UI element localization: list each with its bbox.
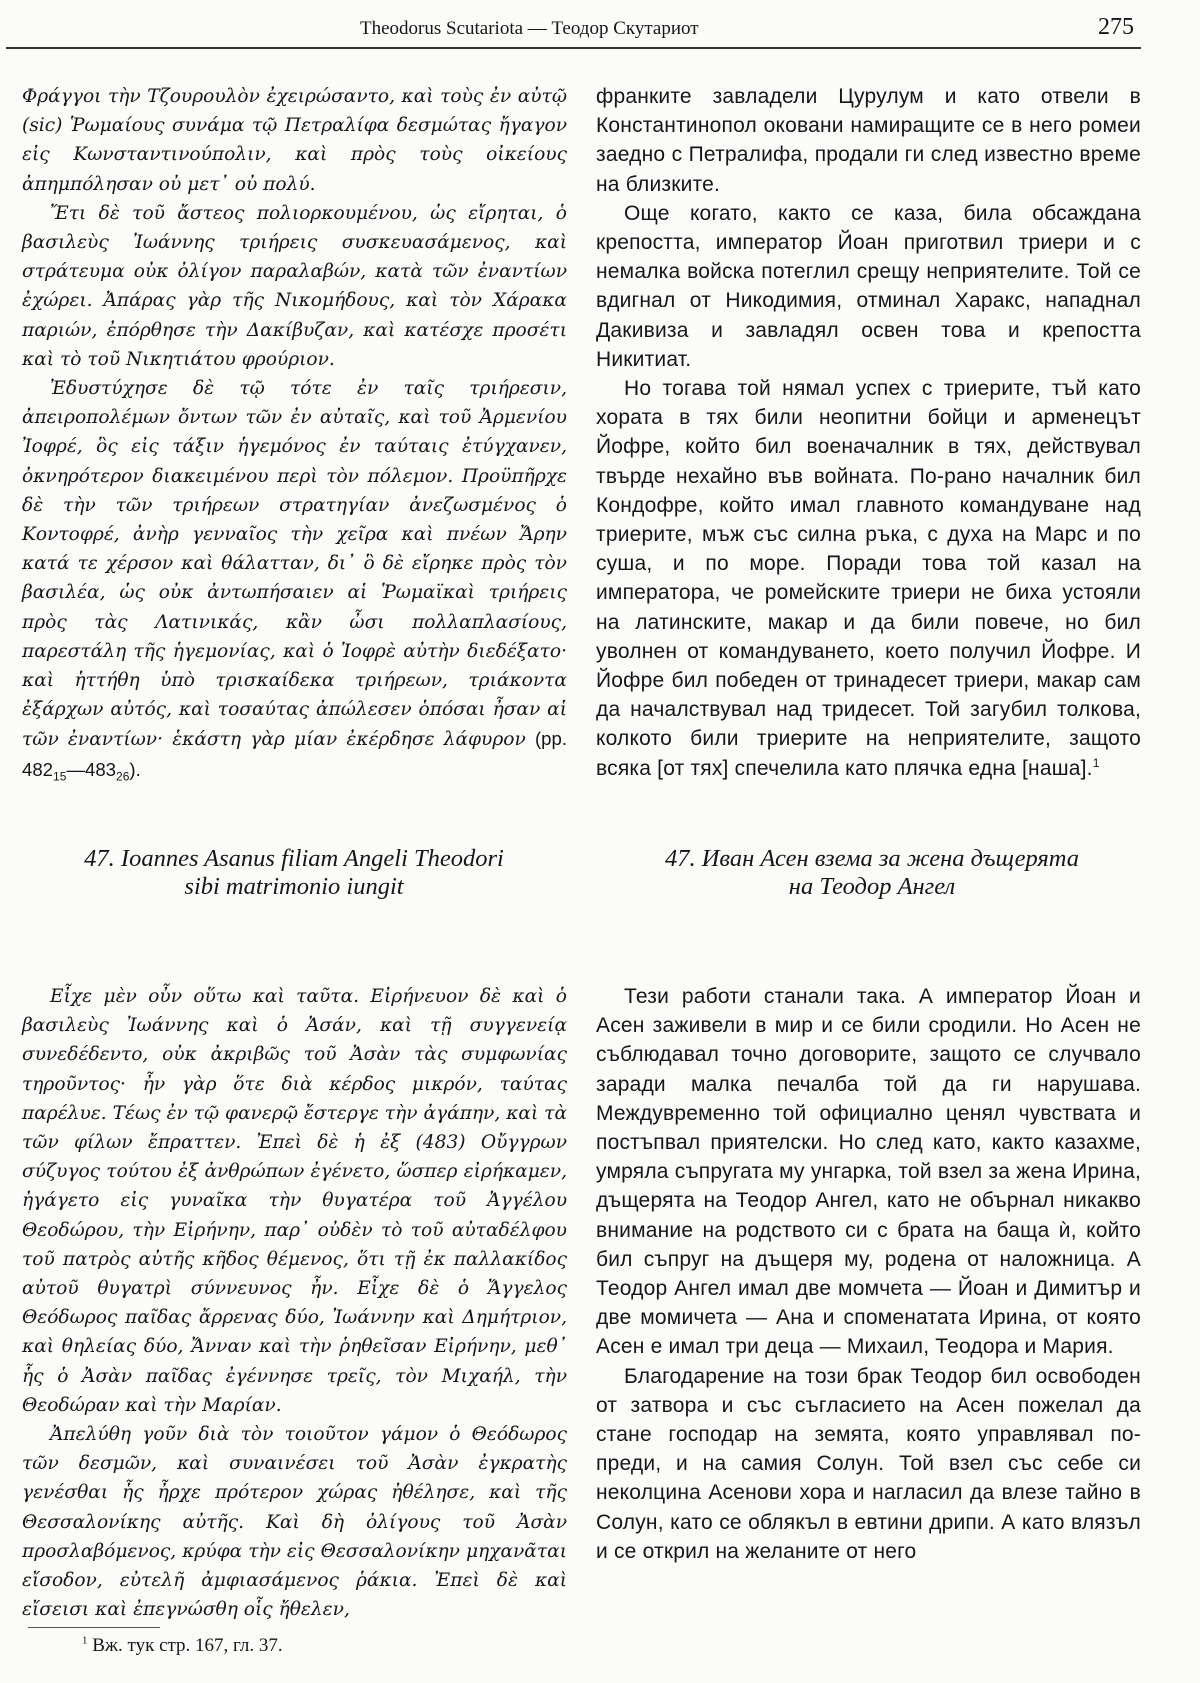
section-heading-bulgarian: 47. Иван Асен взема за жена дъщерята на …: [592, 845, 1152, 901]
running-title: Theodorus Scutariota — Теодор Скутариот: [360, 18, 699, 40]
bulgarian-column-continued: франките завладели Цурулум и като отвели…: [596, 82, 1141, 783]
footnote-marker[interactable]: 1: [1093, 756, 1100, 770]
section-heading-latin: 47. Ioannes Asanus filiam Angeli Theodor…: [14, 845, 574, 901]
footnote-rule: [28, 1627, 160, 1628]
greek-column-section-47: Εἶχε μὲν οὖν οὕτω καὶ ταῦτα. Εἰρήνευον δ…: [22, 982, 567, 1624]
bulgarian-paragraph-with-footnote: Но тогава той нямал успех с триерите, тъ…: [596, 374, 1141, 783]
footnote: 1 Вж. тук стр. 167, гл. 37.: [82, 1635, 283, 1657]
header-rule: [6, 47, 1141, 49]
greek-column-continued: Φράγγοι τὴν Τζουρουλὸν ἐχειρώσαντο, καὶ …: [22, 82, 567, 785]
book-page: Theodorus Scutariota — Теодор Скутариот …: [0, 0, 1200, 1683]
footnote-number: 1: [82, 1635, 88, 1647]
bulgarian-paragraph: Още когато, както се каза, била обсаждан…: [596, 199, 1141, 374]
bulgarian-paragraph: Благодарение на този брак Теодор бил осв…: [596, 1362, 1141, 1566]
bulgarian-paragraph: Тези работи станали така. А император Йо…: [596, 982, 1141, 1362]
greek-paragraph: Φράγγοι τὴν Τζουρουλὸν ἐχειρώσαντο, καὶ …: [22, 82, 567, 199]
greek-paragraph: Ἀπελύθη γοῦν διὰ τὸν τοιοῦτον γάμον ὁ Θε…: [22, 1420, 567, 1624]
greek-paragraph-with-citation: Ἐδυστύχησε δὲ τῷ τότε ἐν ταῖς τριήρεσιν,…: [22, 374, 567, 785]
running-header: Theodorus Scutariota — Теодор Скутариот …: [0, 18, 1200, 48]
bulgarian-paragraph: франките завладели Цурулум и като отвели…: [596, 82, 1141, 199]
footnote-text: Вж. тук стр. 167, гл. 37.: [92, 1635, 282, 1656]
bulgarian-column-section-47: Тези работи станали така. А император Йо…: [596, 982, 1141, 1566]
greek-paragraph: Ἔτι δὲ τοῦ ἄστεος πολιορκουμένου, ὡς εἴρ…: [22, 199, 567, 374]
page-number: 275: [1098, 14, 1134, 41]
greek-paragraph: Εἶχε μὲν οὖν οὕτω καὶ ταῦτα. Εἰρήνευον δ…: [22, 982, 567, 1420]
greek-paragraph-text: Ἐδυστύχησε δὲ τῷ τότε ἐν ταῖς τριήρεσιν,…: [22, 378, 567, 750]
